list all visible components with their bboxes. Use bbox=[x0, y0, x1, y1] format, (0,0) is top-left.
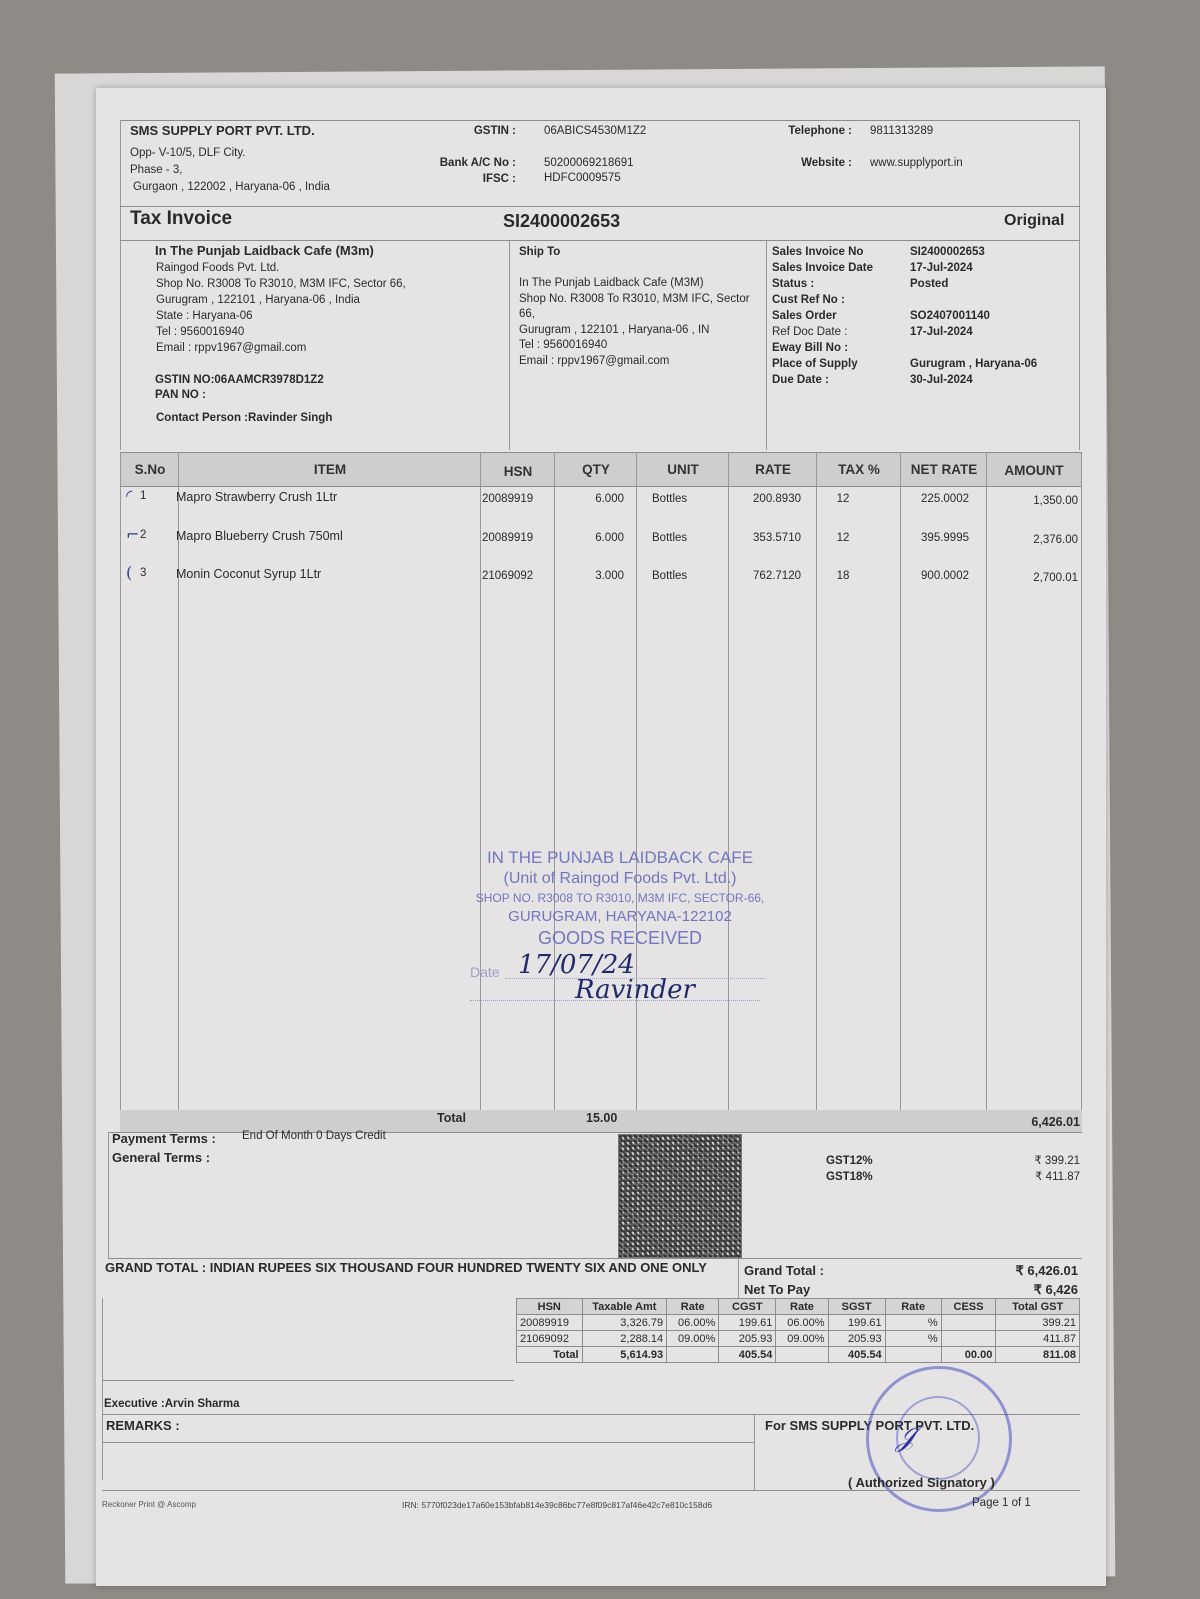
meta-row: Place of SupplyGurugram , Haryana-06 bbox=[772, 356, 1037, 372]
total-amount: 6,426.01 bbox=[990, 1115, 1080, 1129]
header-unit: UNIT bbox=[638, 462, 728, 477]
bill-to-gstin: GSTIN NO:06AAMCR3978D1Z2 bbox=[155, 374, 324, 386]
hsn-total-cell bbox=[667, 1347, 719, 1363]
total-qty: 15.00 bbox=[586, 1111, 617, 1125]
hsn-header-cell: Taxable Amt bbox=[582, 1299, 667, 1315]
hsn-total-cell: 00.00 bbox=[941, 1347, 996, 1363]
hsn-total-cell: 5,614.93 bbox=[582, 1347, 667, 1363]
hsn-cell: % bbox=[885, 1315, 941, 1331]
grand-total-value: ₹ 6,426.01 bbox=[960, 1263, 1078, 1279]
header-tax: TAX % bbox=[818, 462, 900, 477]
meta-row: Ref Doc Date :17-Jul-2024 bbox=[772, 324, 1037, 340]
meta-row: Due Date :30-Jul-2024 bbox=[772, 372, 1037, 388]
cell-sno: 3 bbox=[140, 567, 170, 579]
bill-to-pan: PAN NO : bbox=[155, 389, 206, 401]
meta-row: Cust Ref No : bbox=[772, 292, 1037, 308]
ship-to-address: In The Punjab Laidback Cafe (M3M) Shop N… bbox=[519, 276, 750, 369]
cell-tax: 18 bbox=[818, 570, 868, 582]
supplier-website[interactable]: www.supplyport.in bbox=[870, 157, 963, 169]
cell-tax: 12 bbox=[818, 493, 868, 505]
column-divider bbox=[816, 452, 817, 1132]
cell-sno: 2 bbox=[140, 529, 170, 541]
net-to-pay-label: Net To Pay bbox=[744, 1282, 810, 1297]
hsn-cell: 3,326.79 bbox=[582, 1315, 667, 1331]
authorized-signatory: ( Authorized Signatory ) bbox=[848, 1475, 995, 1490]
column-divider bbox=[728, 452, 729, 1132]
cell-item: Monin Coconut Syrup 1Ltr bbox=[176, 567, 476, 581]
hsn-cell: 205.93 bbox=[719, 1331, 776, 1347]
hsn-header-cell: SGST bbox=[828, 1299, 885, 1315]
header-net-rate: NET RATE bbox=[902, 462, 986, 477]
header-hsn: HSN bbox=[482, 464, 554, 479]
hsn-total-cell: 405.54 bbox=[828, 1347, 885, 1363]
cell-net-rate: 225.0002 bbox=[902, 493, 969, 505]
cell-unit: Bottles bbox=[652, 570, 722, 582]
receiver-signature: Ravinder bbox=[575, 975, 695, 1005]
telephone-label: Telephone : bbox=[760, 125, 852, 137]
amount-in-words: GRAND TOTAL : INDIAN RUPEES SIX THOUSAND… bbox=[105, 1259, 735, 1276]
hsn-tax-summary-table: HSNTaxable AmtRateCGSTRateSGSTRateCESSTo… bbox=[516, 1298, 1080, 1363]
payment-terms-label: Payment Terms : bbox=[112, 1131, 216, 1146]
document-type: Tax Invoice bbox=[130, 208, 232, 230]
hsn-total-cell: 405.54 bbox=[719, 1347, 776, 1363]
cell-tax: 12 bbox=[818, 532, 868, 544]
invoice-number: SI2400002653 bbox=[503, 211, 620, 232]
cell-net-rate: 395.9995 bbox=[902, 532, 969, 544]
header-sno: S.No bbox=[122, 462, 178, 477]
meta-row: Eway Bill No : bbox=[772, 340, 1037, 356]
hsn-cell: % bbox=[885, 1331, 941, 1347]
copy-type: Original bbox=[1004, 212, 1064, 230]
hsn-header-cell: Total GST bbox=[996, 1299, 1080, 1315]
cell-amount: 2,700.01 bbox=[988, 572, 1078, 584]
cell-rate: 353.5710 bbox=[730, 532, 801, 544]
hsn-header-cell: Rate bbox=[885, 1299, 941, 1315]
header-qty: QTY bbox=[556, 462, 636, 477]
hsn-cell: 09.00% bbox=[776, 1331, 828, 1347]
hsn-cell: 199.61 bbox=[719, 1315, 776, 1331]
cell-amount: 2,376.00 bbox=[988, 534, 1078, 546]
column-divider bbox=[480, 452, 481, 1132]
hsn-row: 210690922,288.1409.00%205.9309.00%205.93… bbox=[517, 1331, 1080, 1347]
hsn-total-cell bbox=[776, 1347, 828, 1363]
hsn-cell: 06.00% bbox=[776, 1315, 828, 1331]
hsn-total-cell bbox=[885, 1347, 941, 1363]
website-label: Website : bbox=[760, 157, 852, 169]
stamp-date-label: Date bbox=[470, 964, 500, 980]
ifsc-code: HDFC0009575 bbox=[544, 172, 621, 184]
column-divider bbox=[1081, 452, 1082, 1132]
column-divider bbox=[986, 452, 987, 1132]
cell-sno: 1 bbox=[140, 490, 170, 502]
hsn-cell: 2,288.14 bbox=[582, 1331, 667, 1347]
hsn-cell bbox=[941, 1331, 996, 1347]
supplier-gstin: 06ABICS4530M1Z2 bbox=[544, 125, 646, 137]
goods-received-stamp: IN THE PUNJAB LAIDBACK CAFE (Unit of Rai… bbox=[455, 848, 785, 949]
hsn-row: 200899193,326.7906.00%199.6106.00%199.61… bbox=[517, 1315, 1080, 1331]
meta-row: Sales Invoice NoSI2400002653 bbox=[772, 244, 1037, 260]
checkmark-icon: ( bbox=[126, 563, 132, 582]
hsn-cell: 06.00% bbox=[667, 1315, 719, 1331]
hsn-cell: 399.21 bbox=[996, 1315, 1080, 1331]
cell-item: Mapro Strawberry Crush 1Ltr bbox=[176, 490, 476, 504]
ship-to-heading: Ship To bbox=[519, 246, 560, 258]
contact-person: Contact Person :Ravinder Singh bbox=[156, 412, 332, 424]
payment-terms-value: End Of Month 0 Days Credit bbox=[242, 1130, 386, 1142]
total-label: Total bbox=[437, 1111, 466, 1125]
meta-row: Status :Posted bbox=[772, 276, 1037, 292]
cell-unit: Bottles bbox=[652, 532, 722, 544]
hsn-cell: 20089919 bbox=[517, 1315, 583, 1331]
hsn-cell: 411.87 bbox=[996, 1331, 1080, 1347]
gst-summary-values: ₹ 399.21 ₹ 411.87 bbox=[980, 1153, 1080, 1185]
hsn-cell: 205.93 bbox=[828, 1331, 885, 1347]
cell-hsn: 20089919 bbox=[482, 532, 552, 544]
cell-net-rate: 900.0002 bbox=[902, 570, 969, 582]
cell-qty: 6.000 bbox=[556, 532, 624, 544]
header-amount: AMOUNT bbox=[988, 463, 1080, 478]
ifsc-label: IFSC : bbox=[420, 173, 516, 185]
authorized-signature: 𝒥 bbox=[896, 1420, 915, 1454]
hsn-header-cell: CESS bbox=[941, 1299, 996, 1315]
hsn-cell: 09.00% bbox=[667, 1331, 719, 1347]
supplier-address: Opp- V-10/5, DLF City. Phase - 3, Gurgao… bbox=[130, 145, 330, 196]
bill-to-name: In The Punjab Laidback Cafe (M3m) bbox=[155, 243, 374, 258]
general-terms-label: General Terms : bbox=[112, 1150, 210, 1165]
page-number: Page 1 of 1 bbox=[972, 1497, 1031, 1509]
hsn-total-cell: Total bbox=[517, 1347, 583, 1363]
irn-number: IRN: 5770f023de17a60e153bfab814e39c86bc7… bbox=[402, 1500, 712, 1510]
header-rate: RATE bbox=[730, 462, 816, 477]
cell-qty: 3.000 bbox=[556, 570, 624, 582]
column-divider bbox=[636, 452, 637, 1132]
grand-total-label: Grand Total : bbox=[744, 1263, 824, 1278]
column-divider bbox=[120, 452, 121, 1132]
printed-by: Reckoner Print @ Ascomp bbox=[102, 1500, 196, 1509]
hsn-total-cell: 811.08 bbox=[996, 1347, 1080, 1363]
bill-to-address: Raingod Foods Pvt. Ltd. Shop No. R3008 T… bbox=[156, 260, 406, 356]
header-item: ITEM bbox=[180, 462, 480, 477]
checkmark-icon: ⌐ bbox=[126, 525, 139, 544]
cell-amount: 1,350.00 bbox=[988, 495, 1078, 507]
hsn-cell: 21069092 bbox=[517, 1331, 583, 1347]
cell-item: Mapro Blueberry Crush 750ml bbox=[176, 529, 476, 543]
hsn-total-row: Total5,614.93405.54405.5400.00811.08 bbox=[517, 1347, 1080, 1363]
meta-row: Sales OrderSO2407001140 bbox=[772, 308, 1037, 324]
checkmark-icon: ◜ bbox=[126, 486, 132, 505]
meta-row: Sales Invoice Date17-Jul-2024 bbox=[772, 260, 1037, 276]
e-invoice-qr-code bbox=[618, 1134, 742, 1258]
invoice-meta: Sales Invoice NoSI2400002653 Sales Invoi… bbox=[772, 244, 1037, 388]
cell-hsn: 20089919 bbox=[482, 493, 552, 505]
hsn-header-cell: Rate bbox=[667, 1299, 719, 1315]
cell-unit: Bottles bbox=[652, 493, 722, 505]
hsn-cell: 199.61 bbox=[828, 1315, 885, 1331]
supplier-telephone: 9811313289 bbox=[870, 125, 933, 137]
column-divider bbox=[900, 452, 901, 1132]
supplier-name: SMS SUPPLY PORT PVT. LTD. bbox=[130, 123, 315, 138]
bank-label: Bank A/C No : bbox=[410, 157, 516, 169]
net-to-pay-value: ₹ 6,426 bbox=[960, 1282, 1078, 1298]
executive-name: Executive :Arvin Sharma bbox=[104, 1398, 240, 1410]
cell-hsn: 21069092 bbox=[482, 570, 552, 582]
hsn-header-cell: Rate bbox=[776, 1299, 828, 1315]
cell-rate: 762.7120 bbox=[730, 570, 801, 582]
column-divider bbox=[554, 452, 555, 1132]
gst-summary-labels: GST12% GST18% bbox=[826, 1153, 873, 1185]
remarks-label[interactable]: REMARKS : bbox=[106, 1418, 180, 1433]
cell-qty: 6.000 bbox=[556, 493, 624, 505]
bank-account: 50200069218691 bbox=[544, 157, 634, 169]
gstin-label: GSTIN : bbox=[420, 125, 516, 137]
hsn-header-cell: HSN bbox=[517, 1299, 583, 1315]
hsn-cell bbox=[941, 1315, 996, 1331]
hsn-header-cell: CGST bbox=[719, 1299, 776, 1315]
column-divider bbox=[178, 452, 179, 1132]
cell-rate: 200.8930 bbox=[730, 493, 801, 505]
